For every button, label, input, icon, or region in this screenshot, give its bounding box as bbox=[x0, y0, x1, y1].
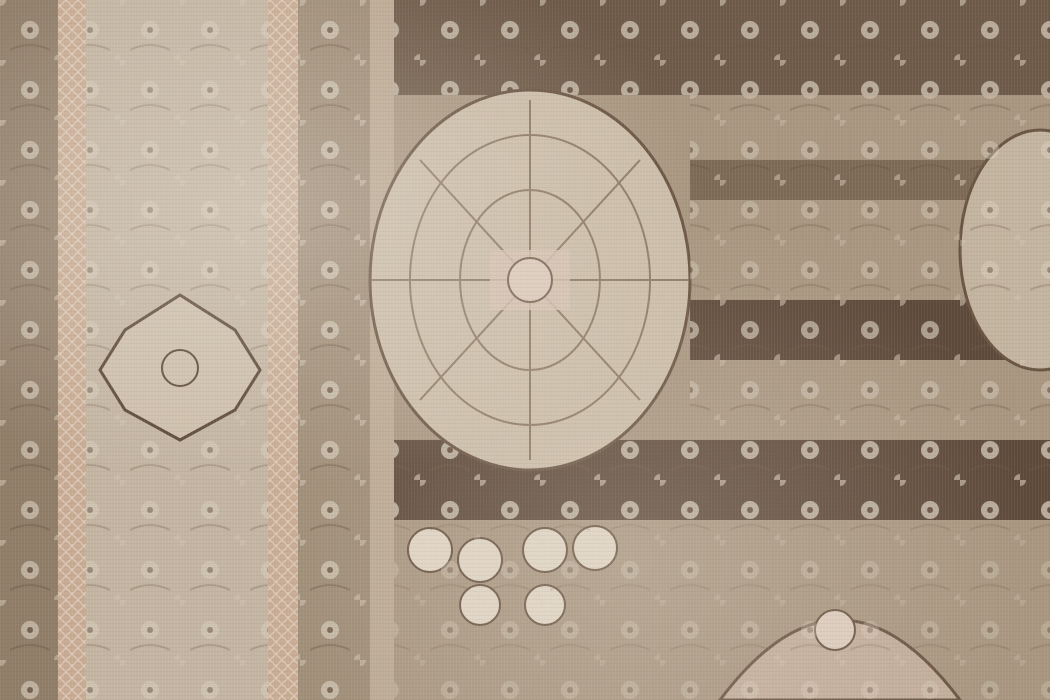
rug-pattern bbox=[0, 0, 1050, 700]
rug-photo bbox=[0, 0, 1050, 700]
